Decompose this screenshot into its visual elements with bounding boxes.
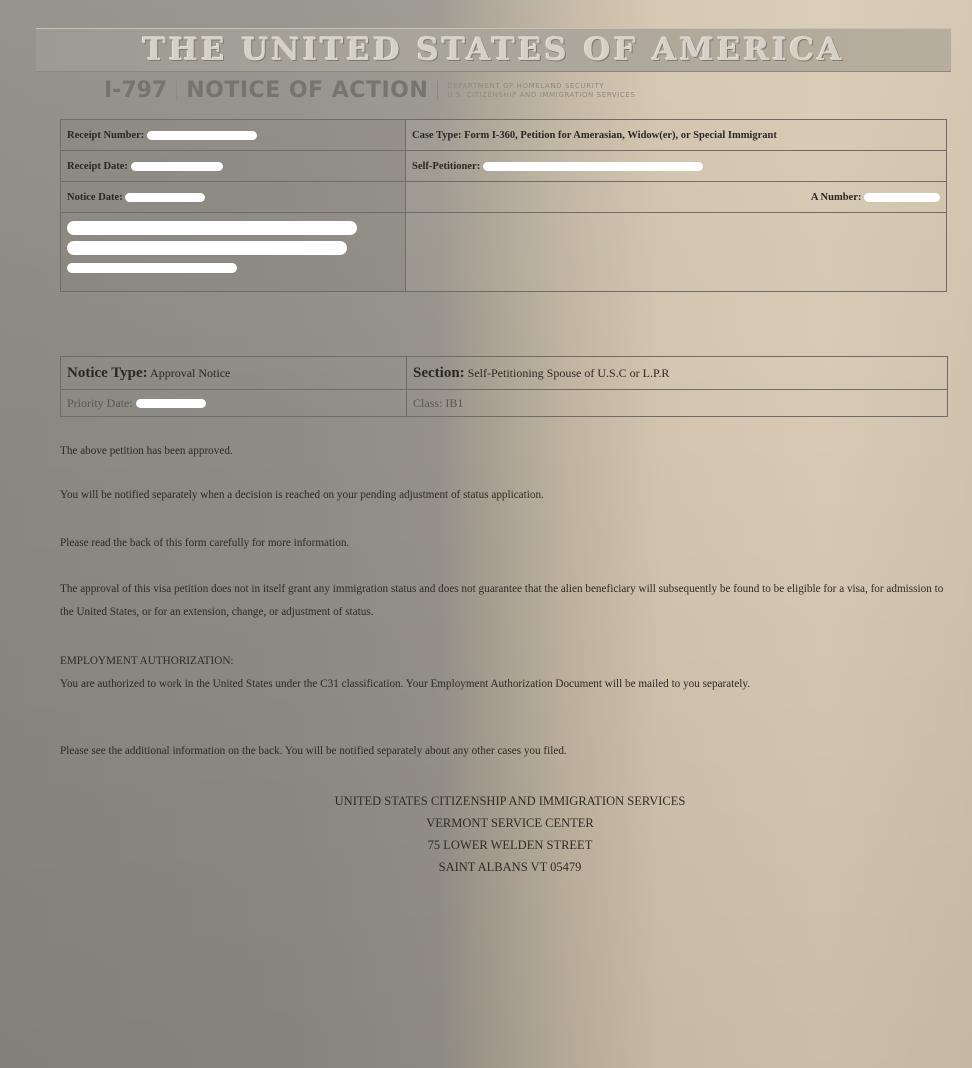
notice-type-value: Approval Notice: [150, 366, 230, 380]
table-row: Notice Type: Approval Notice Section: Se…: [61, 357, 948, 390]
priority-date-cell: Priority Date:: [61, 390, 407, 417]
approval-statement: The above petition has been approved.: [60, 440, 950, 463]
mailing-address-cell: [61, 213, 406, 292]
divider: [176, 81, 177, 101]
redaction-mark: [67, 241, 347, 255]
case-type-value: Form I-360, Petition for Amerasian, Wido…: [464, 130, 777, 141]
priority-date-label: Priority Date:: [67, 396, 133, 410]
notice-title: NOTICE OF ACTION: [186, 78, 428, 103]
form-number: I-797: [104, 78, 167, 103]
redaction-mark: [147, 131, 257, 140]
department-line: DEPARTMENT OF HOMELAND SECURITY: [447, 82, 635, 91]
redaction-mark: [483, 162, 703, 171]
receipt-number-label: Receipt Number:: [67, 130, 144, 141]
employment-text: You are authorized to work in the United…: [60, 673, 950, 696]
table-row: Notice Date: A Number:: [61, 182, 947, 213]
class-cell: Class: IB1: [407, 390, 948, 417]
empty-cell: [406, 213, 947, 292]
service-center-address: UNITED STATES CITIZENSHIP AND IMMIGRATIO…: [230, 790, 790, 878]
receipt-date-cell: Receipt Date:: [61, 151, 406, 182]
read-back-notice: Please read the back of this form carefu…: [60, 532, 950, 555]
redaction-mark: [864, 193, 940, 202]
case-info-table: Receipt Number: Case Type: Form I-360, P…: [60, 119, 947, 292]
redaction-mark: [67, 221, 357, 235]
table-row: Receipt Number: Case Type: Form I-360, P…: [61, 120, 947, 151]
department-block: DEPARTMENT OF HOMELAND SECURITY U.S. CIT…: [447, 82, 635, 100]
case-type-cell: Case Type: Form I-360, Petition for Amer…: [406, 120, 947, 151]
redaction-mark: [136, 399, 206, 408]
redaction-mark: [125, 193, 205, 202]
class-value: IB1: [445, 396, 463, 410]
table-row: Receipt Date: Self-Petitioner:: [61, 151, 947, 182]
a-number-cell: A Number:: [406, 182, 947, 213]
notice-date-cell: Notice Date:: [61, 182, 406, 213]
form-subheader: I-797 NOTICE OF ACTION DEPARTMENT OF HOM…: [104, 78, 635, 103]
employment-authorization-section: EMPLOYMENT AUTHORIZATION: You are author…: [60, 650, 950, 696]
address-line: VERMONT SERVICE CENTER: [230, 812, 790, 834]
department-line: U.S. CITIZENSHIP AND IMMIGRATION SERVICE…: [447, 91, 635, 100]
receipt-date-label: Receipt Date:: [67, 161, 128, 172]
receipt-number-cell: Receipt Number:: [61, 120, 406, 151]
redaction-mark: [131, 162, 223, 171]
a-number-label: A Number:: [811, 192, 861, 203]
address-line: 75 LOWER WELDEN STREET: [230, 834, 790, 856]
table-row: [61, 213, 947, 292]
notice-type-cell: Notice Type: Approval Notice: [61, 357, 407, 390]
section-value: Self-Petitioning Spouse of U.S.C or L.P.…: [468, 366, 670, 380]
self-petitioner-label: Self-Petitioner:: [412, 161, 480, 172]
address-line: UNITED STATES CITIZENSHIP AND IMMIGRATIO…: [230, 790, 790, 812]
self-petitioner-cell: Self-Petitioner:: [406, 151, 947, 182]
notice-type-label: Notice Type:: [67, 365, 148, 381]
case-type-label: Case Type:: [412, 130, 462, 141]
address-line: SAINT ALBANS VT 05479: [230, 856, 790, 878]
banner: THE UNITED STATES OF AMERICA: [36, 28, 951, 72]
redaction-mark: [67, 263, 237, 273]
notice-date-label: Notice Date:: [67, 192, 123, 203]
banner-title: THE UNITED STATES OF AMERICA: [143, 32, 845, 68]
disclaimer-paragraph: The approval of this visa petition does …: [60, 578, 950, 624]
adjustment-notice: You will be notified separately when a d…: [60, 484, 950, 507]
class-label: Class:: [413, 396, 442, 410]
table-row: Priority Date: Class: IB1: [61, 390, 948, 417]
divider: [437, 81, 438, 101]
notice-info-table: Notice Type: Approval Notice Section: Se…: [60, 356, 948, 417]
section-label: Section:: [413, 365, 465, 381]
employment-heading: EMPLOYMENT AUTHORIZATION:: [60, 650, 950, 673]
section-cell: Section: Self-Petitioning Spouse of U.S.…: [407, 357, 948, 390]
additional-info-notice: Please see the additional information on…: [60, 740, 950, 763]
